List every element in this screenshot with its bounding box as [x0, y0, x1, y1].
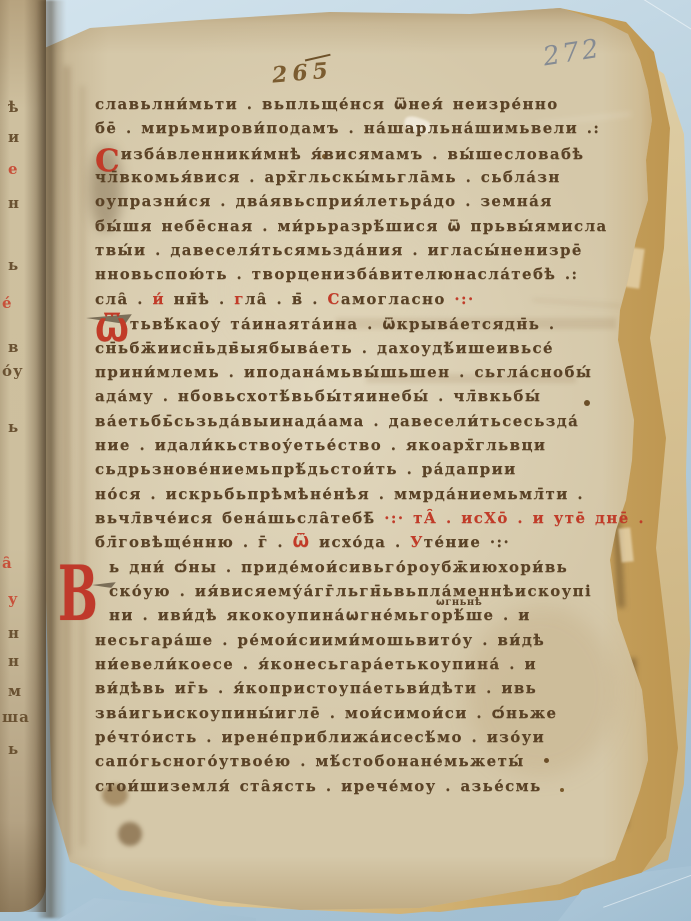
body-text: исхо́да .	[310, 533, 410, 551]
body-text: ви́дѣвь иг̄ь . я́копристоупа́етьви́дѣти …	[95, 679, 537, 697]
text-line: славьлни́мьти . вьпльще́нся ѿнея́ неизре…	[95, 97, 559, 112]
body-text: прини́млемь . иподана́мьвы́шьшен . сьгла…	[95, 363, 592, 381]
body-text: ни́евели́коесе . я́конесьгара́етькоупина…	[95, 655, 537, 673]
body-text: сапо́гьсного́утвое́ю . мѣ́стобонане́мьже…	[95, 752, 525, 770]
text-line: нновьспою́ть . творценизба́вителюнасла́т…	[95, 267, 578, 282]
rubric-text: ·:·	[454, 290, 474, 308]
text-block: В ѡгньнѣ славьлни́мьти . вьпльще́нся ѿне…	[0, 0, 691, 921]
text-line: сьдрьзнове́ниемьпрѣ́дьстои́ть . ра́дапри…	[95, 462, 517, 477]
body-text: ни . иви́дѣ якокоупина́ѡгне́мьгорѣ́ше . …	[109, 606, 531, 624]
text-line: чл̄вкомья́вися . арх̄гльскы́мьгла̄мь . с…	[95, 170, 561, 185]
body-text: сьдрьзнове́ниемьпрѣ́дьстои́ть . ра́дапри…	[95, 460, 517, 478]
drop-cap-initial: В	[58, 556, 98, 632]
body-text: тьвѣ́каоу́ та́инаята́ина . ѿкрыва́етсядн…	[130, 315, 556, 333]
body-text: ре́что́исть . ирене́приближа́исесѣ́мо . …	[95, 728, 545, 746]
body-text: сн̄ьбж̄иисн̄ьдв̄ыябыва́еть . дахоудѣ́ише…	[95, 339, 554, 357]
manuscript-photo: ѣиенье́во́уьа̑уннмшаь 265 272 В ѡгньнѣ с…	[0, 0, 691, 921]
body-text: те́ние ·:·	[424, 533, 510, 551]
rubric-text: ·:· тА̑ . исХо̄ . и уте̄ дне̄ .	[384, 509, 645, 527]
text-line: несьгара́ше . ре́мои́сиими́мошьвито́у . …	[95, 633, 545, 648]
body-text: изба́вленники́мнѣ я́висямамъ . вы́шеслов…	[121, 145, 585, 163]
body-text: зва́игьискоупины́игле̄ . мои́симои́си . …	[95, 704, 557, 722]
text-line: сапо́гьсного́утвое́ю . мѣ́стобонане́мьже…	[95, 754, 525, 769]
text-line: ско́ую . ия́висяему́а́гг̄льгн̄ьвьпла́мен…	[109, 584, 592, 599]
text-line: ви́дѣвь иг̄ь . я́копристоупа́етьви́дѣти …	[95, 681, 537, 696]
text-line: ни . иви́дѣ якокоупина́ѡгне́мьгорѣ́ше . …	[109, 608, 531, 623]
body-text: сла̑ .	[95, 290, 153, 308]
text-line: ь дни́ ѻ́ны . приде́мои́сивьго́роубж̄июх…	[109, 560, 568, 575]
body-text: ско́ую . ия́висяему́а́гг̄льгн̄ьвьпла́мен…	[109, 582, 592, 600]
body-text: несьгара́ше . ре́мои́сиими́мошьвито́у . …	[95, 631, 545, 649]
body-text: оупразни́ся . два́явьсприя́летьра́до . з…	[95, 192, 553, 210]
body-text: бл̄говѣще́нню . г̄ .	[95, 533, 293, 551]
text-line: ни́евели́коесе . я́конесьгара́етькоупина…	[95, 657, 537, 672]
rubric-text: С	[327, 290, 340, 308]
body-text: ь дни́ ѻ́ны . приде́мои́сивьго́роубж̄июх…	[109, 558, 568, 576]
text-line: стои́шиземля́ ста̑ясть . ирече́моу . азь…	[95, 779, 542, 794]
text-line: зва́игьискоупины́игле̄ . мои́симои́си . …	[95, 706, 557, 721]
text-line: вьчл̄вче́ися бена́шьсла̑тебѣ̄ ·:· тА̑ . …	[95, 511, 645, 526]
text-line: сн̄ьбж̄иисн̄ьдв̄ыябыва́еть . дахоудѣ́ише…	[95, 341, 554, 356]
text-line: ада́му . нб̄овьсхотѣ́вьбы́тяинебы́ . чл̄…	[95, 389, 541, 404]
body-text: чл̄вкомья́вися . арх̄гльскы́мьгла̄мь . с…	[95, 168, 561, 186]
body-text: ада́му . нб̄овьсхотѣ́вьбы́тяинебы́ . чл̄…	[95, 387, 541, 405]
text-line: ре́что́исть . ирене́приближа́исесѣ́мо . …	[95, 730, 545, 745]
text-line: оупразни́ся . два́явьсприя́летьра́до . з…	[95, 194, 553, 209]
text-line: ва́етьбь̄сьзьда́выинада́ама . давесели́т…	[95, 414, 579, 429]
body-text: нновьспою́ть . творценизба́вителюнасла́т…	[95, 265, 578, 283]
text-line: бе̄ . мирьмирови́подамъ . на́шарльна́шим…	[95, 121, 600, 136]
body-text: вьчл̄вче́ися бена́шьсла̑тебѣ̄	[95, 509, 384, 527]
rubric-text: г	[234, 290, 245, 308]
text-line: сла̑ . и́ нн̄ѣ . гла̑ . в̄ . Самогласно …	[95, 292, 475, 307]
body-text: амогласно	[341, 290, 455, 308]
text-line: ние . идали́кьствоу́етье́ство . якоарх̄г…	[95, 438, 546, 453]
rubric-text: и́	[153, 290, 166, 308]
text-line: твы́и . давеселя́тьсямьзда́ния . игласы́…	[95, 243, 583, 258]
text-line: прини́млемь . иподана́мьвы́шьшен . сьгла…	[95, 365, 592, 380]
rubric-text: У	[410, 533, 424, 551]
body-text: ва́етьбь̄сьзьда́выинада́ама . давесели́т…	[95, 412, 579, 430]
body-text: бе̄ . мирьмирови́подамъ . на́шарльна́шим…	[95, 119, 600, 137]
body-text: ние . идали́кьствоу́етье́ство . якоарх̄г…	[95, 436, 546, 454]
rubric-text: Ѿ	[293, 533, 311, 551]
body-text: нн̄ѣ .	[165, 290, 234, 308]
body-text: бы́шя небе̄сная . ми́рьразрѣ́шися ѿ прьв…	[95, 217, 608, 235]
body-text: славьлни́мьти . вьпльще́нся ѿнея́ неизре…	[95, 95, 559, 113]
body-text: твы́и . давеселя́тьсямьзда́ния . игласы́…	[95, 241, 583, 259]
text-line: бл̄говѣще́нню . г̄ . Ѿ исхо́да . Уте́ние…	[95, 535, 510, 550]
text-line: но́ся . искрьбьпрѣмѣне́нѣя . ммрда́ниемь…	[95, 487, 584, 502]
body-text: но́ся . искрьбьпрѣмѣне́нѣя . ммрда́ниемь…	[95, 485, 584, 503]
body-text: ла̑ . в̄ .	[245, 290, 328, 308]
body-text: стои́шиземля́ ста̑ясть . ирече́моу . азь…	[95, 777, 542, 795]
text-line: бы́шя небе̄сная . ми́рьразрѣ́шися ѿ прьв…	[95, 219, 608, 234]
